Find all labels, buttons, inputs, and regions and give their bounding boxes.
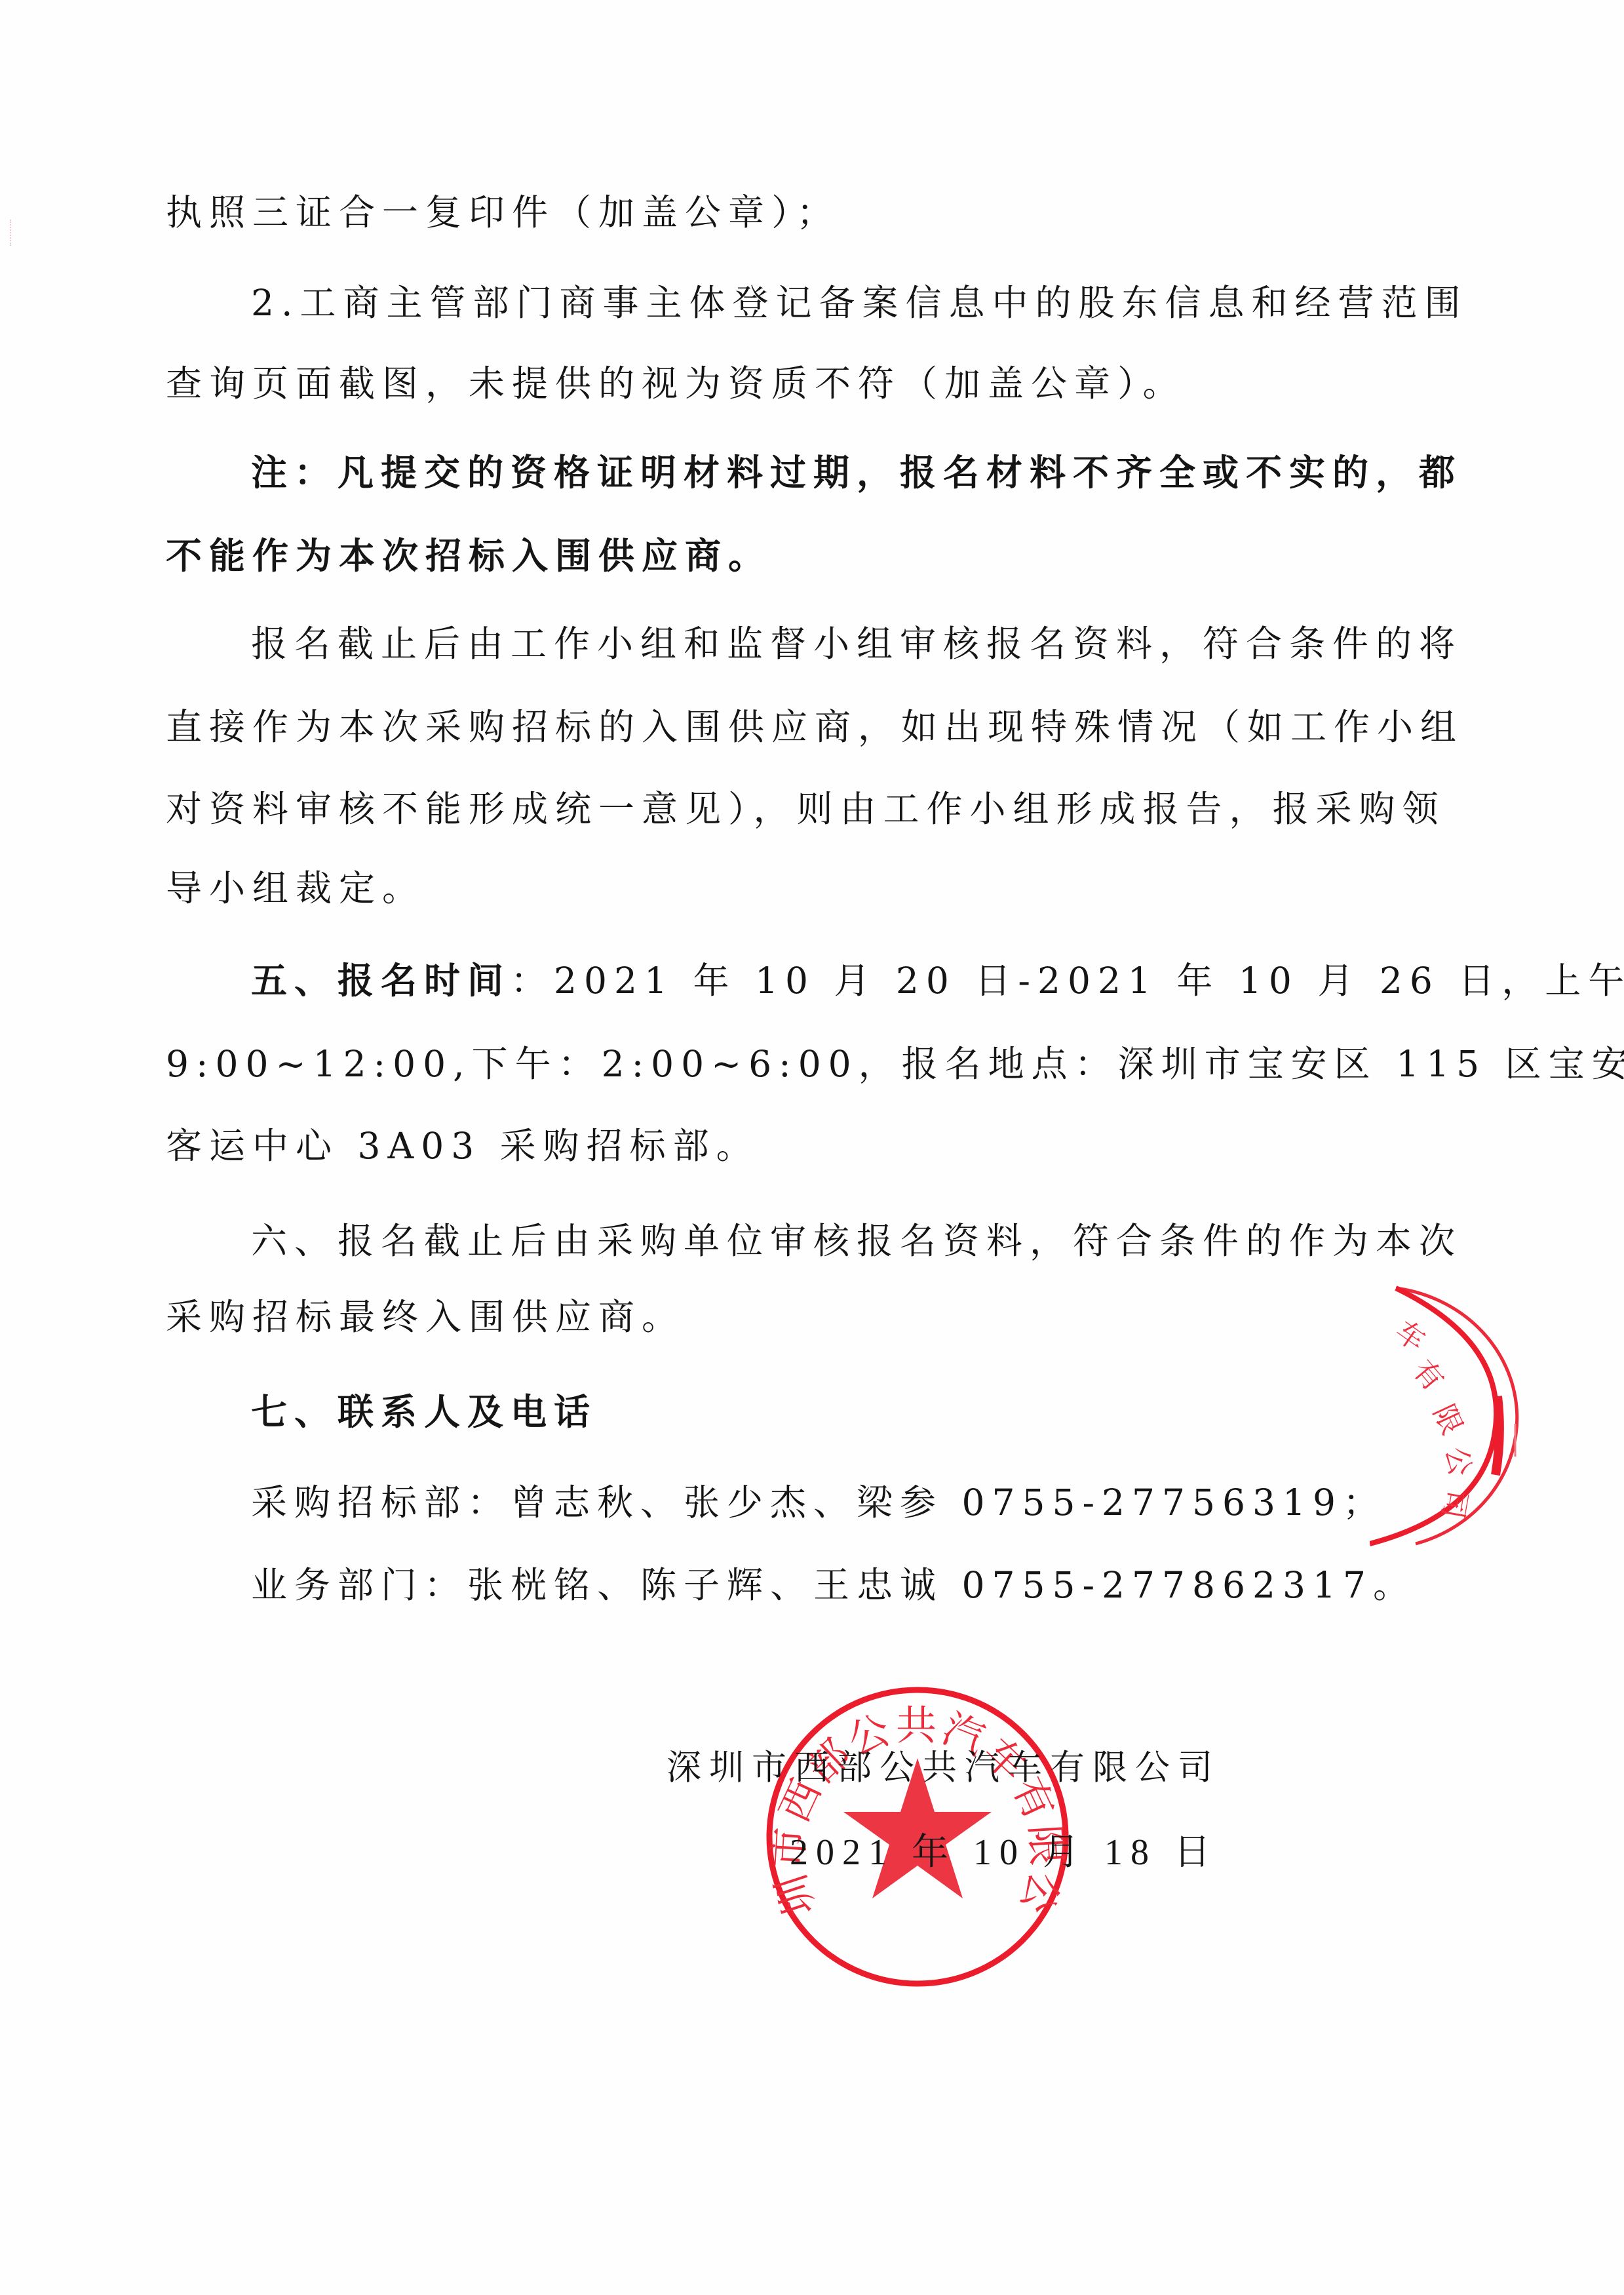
signature-date: 2021 年 10 月 18 日 <box>790 1826 1218 1879</box>
section-5-line-3: 客运中心 3A03 采购招标部。 <box>166 1120 1490 1172</box>
item-2-line-1: 2.工商主管部门商事主体登记备案信息中的股东信息和经营范围 <box>251 277 1575 329</box>
note-line-2: 不能作为本次招标入围供应商。 <box>166 530 1490 582</box>
review-paragraph-line-3: 对资料审核不能形成统一意见），则由工作小组形成报告，报采购领 <box>166 783 1490 835</box>
section-7-heading: 七、联系人及电话 <box>251 1386 1575 1438</box>
review-paragraph-line-2: 直接作为本次采购招标的入围供应商，如出现特殊情况（如工作小组 <box>166 701 1490 753</box>
note-line-1: 注：凡提交的资格证明材料过期，报名材料不齐全或不实的，都 <box>251 446 1575 499</box>
review-paragraph-line-4: 导小组裁定。 <box>166 862 1490 914</box>
item-2-line-2: 查询页面截图，未提供的视为资质不符（加盖公章）。 <box>166 357 1490 410</box>
section-5-line-2: 9:00~12:00,下午：2:00~6:00，报名地点：深圳市宝安区 115 … <box>166 1038 1490 1090</box>
document-page: 执照三证合一复印件（加盖公章）； 2.工商主管部门商事主体登记备案信息中的股东信… <box>0 0 1624 2295</box>
section-5-time: ：2021 年 10 月 20 日-2021 年 10 月 26 日，上午： <box>511 960 1624 1002</box>
section-5-heading: 五、报名时间 <box>251 959 511 1002</box>
svg-text:深圳市西部公共汽车有限公司: 深圳市西部公共汽车有限公司 <box>764 1685 1072 1922</box>
signature-company: 深圳市西部公共汽车有限公司 <box>667 1742 1220 1794</box>
section-6-line-1: 六、报名截止后由采购单位审核报名资料，符合条件的作为本次 <box>251 1215 1575 1267</box>
contact-business: 业务部门：张桄铭、陈子辉、王忠诚 0755-277862317。 <box>251 1559 1575 1611</box>
section-6-line-2: 采购招标最终入围供应商。 <box>166 1291 1490 1343</box>
contact-procurement: 采购招标部：曾志秋、张少杰、梁参 0755-27756319； <box>251 1476 1575 1529</box>
svg-text:公: 公 <box>1439 1444 1477 1478</box>
scan-artifact <box>10 220 13 246</box>
section-5-line-1: 五、报名时间：2021 年 10 月 20 日-2021 年 10 月 26 日… <box>251 954 1575 1007</box>
body-line-1: 执照三证合一复印件（加盖公章）； <box>166 186 1490 239</box>
review-paragraph-line-1: 报名截止后由工作小组和监督小组审核报名资料，符合条件的将 <box>251 618 1575 670</box>
